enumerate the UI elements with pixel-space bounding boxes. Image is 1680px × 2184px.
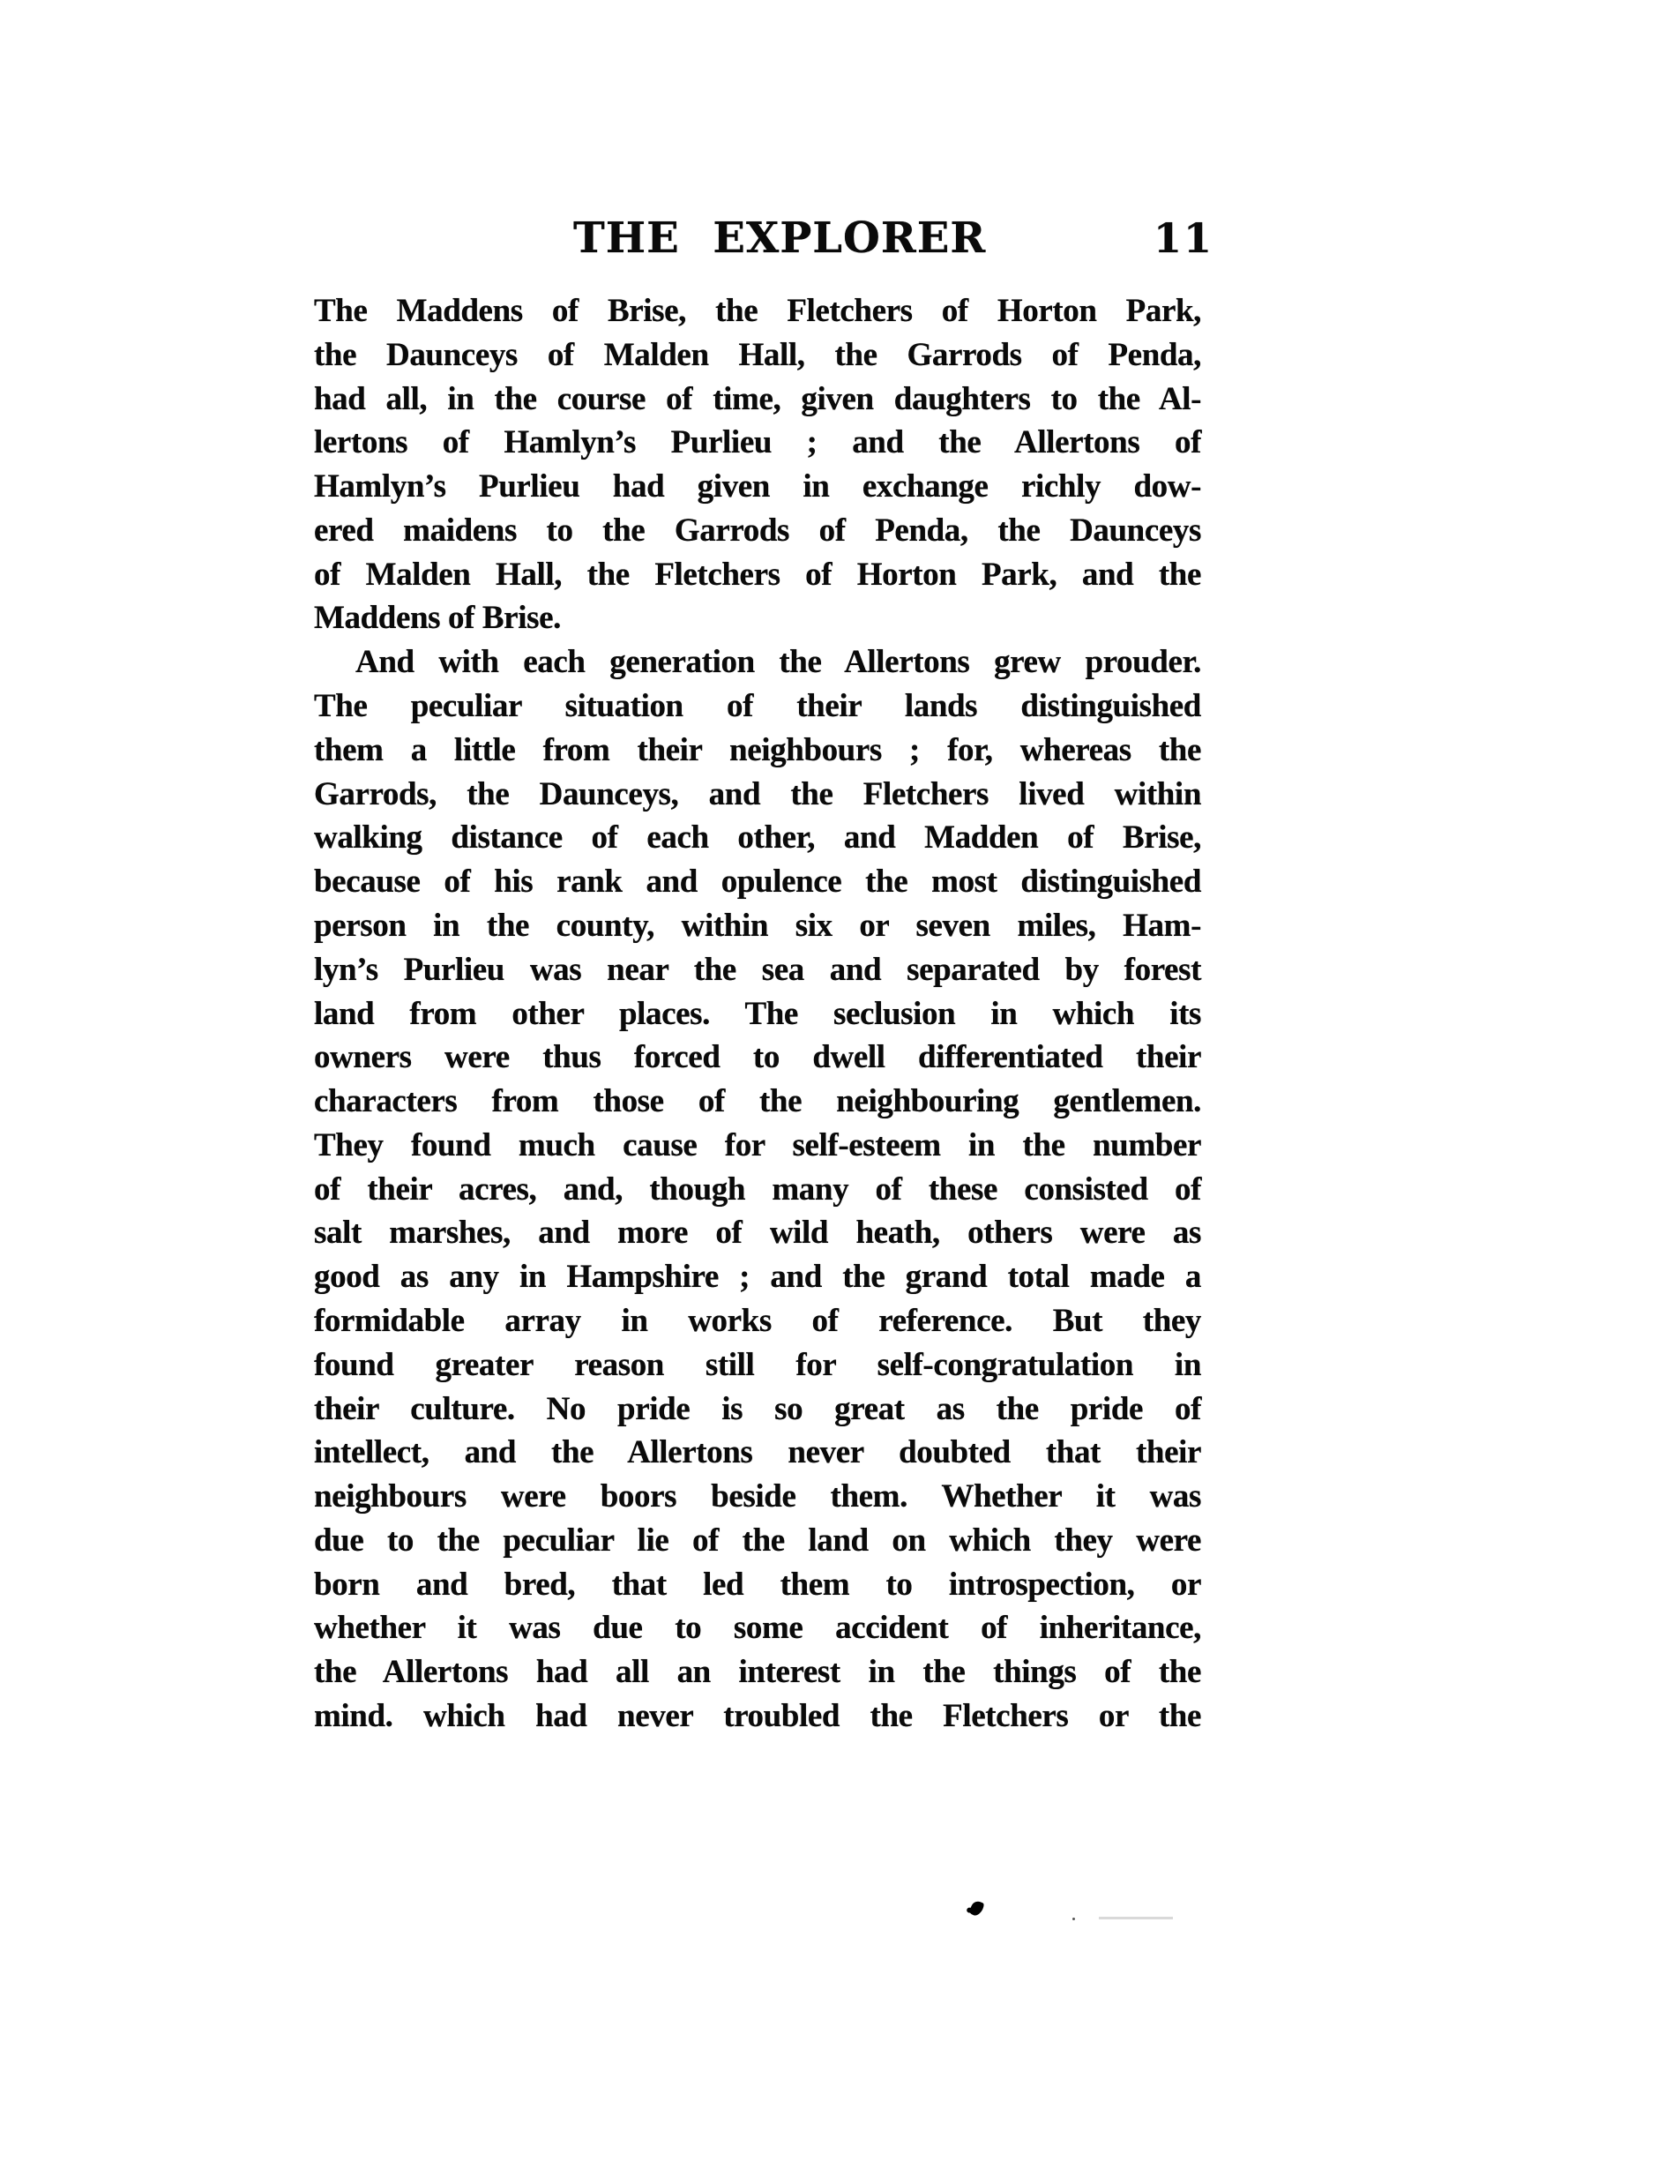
- text-line: Hamlyn’s Purlieu had given in exchange r…: [314, 465, 1201, 509]
- text-line: The peculiar situation of their lands di…: [314, 684, 1201, 729]
- text-line: The Maddens of Brise, the Fletchers of H…: [314, 289, 1201, 333]
- text-line: mind. which had never troubled the Fletc…: [314, 1694, 1201, 1739]
- text-line: ered maidens to the Garrods of Penda, th…: [314, 509, 1201, 553]
- text-line: Garrods, the Daunceys, and the Fletchers…: [314, 773, 1201, 817]
- text-line: lyn’s Purlieu was near the sea and separ…: [314, 948, 1201, 992]
- ink-blot-mark: [968, 1899, 985, 1918]
- text-line: because of his rank and opulence the mos…: [314, 860, 1201, 904]
- text-line: the Allertons had all an interest in the…: [314, 1650, 1201, 1694]
- page-body-text: The Maddens of Brise, the Fletchers of H…: [314, 289, 1201, 1739]
- text-line: walking distance of each other, and Madd…: [314, 816, 1201, 860]
- text-line: And with each generation the Allertons g…: [314, 640, 1201, 684]
- page-title: THE EXPLORER: [573, 217, 986, 259]
- text-line: lertons of Hamlyn’s Purlieu ; and the Al…: [314, 421, 1201, 465]
- text-line: the Daunceys of Malden Hall, the Garrods…: [314, 333, 1201, 378]
- text-line: of Malden Hall, the Fletchers of Horton …: [314, 553, 1201, 597]
- text-line: intellect, and the Allertons never doubt…: [314, 1431, 1201, 1475]
- text-line: owners were thus forced to dwell differe…: [314, 1036, 1201, 1080]
- page-number: 11: [1154, 217, 1213, 259]
- text-line: their culture. No pride is so great as t…: [314, 1387, 1201, 1432]
- text-line: land from other places. The seclusion in…: [314, 992, 1201, 1036]
- running-header: THE EXPLORER 11: [0, 217, 1680, 270]
- text-line: them a little from their neighbours ; fo…: [314, 729, 1201, 773]
- dust-speck-mark: [1072, 1918, 1075, 1920]
- text-line: born and bred, that led them to introspe…: [314, 1563, 1201, 1607]
- text-line: due to the peculiar lie of the land on w…: [314, 1519, 1201, 1563]
- text-line: of their acres, and, though many of thes…: [314, 1168, 1201, 1212]
- text-line: characters from those of the neighbourin…: [314, 1080, 1201, 1124]
- text-line: neighbours were boors beside them. Wheth…: [314, 1475, 1201, 1519]
- faint-scan-line: [1099, 1917, 1173, 1919]
- text-line: whether it was due to some accident of i…: [314, 1606, 1201, 1650]
- text-line: good as any in Hampshire ; and the grand…: [314, 1255, 1201, 1299]
- text-line: person in the county, within six or seve…: [314, 904, 1201, 948]
- text-line: found greater reason still for self-cong…: [314, 1343, 1201, 1387]
- book-page: THE EXPLORER 11 The Maddens of Brise, th…: [0, 0, 1680, 2184]
- text-line: salt marshes, and more of wild heath, ot…: [314, 1211, 1201, 1255]
- text-line: formidable array in works of reference. …: [314, 1299, 1201, 1343]
- text-line: had all, in the course of time, given da…: [314, 378, 1201, 422]
- text-line: They found much cause for self-esteem in…: [314, 1124, 1201, 1168]
- text-line: Maddens of Brise.: [314, 596, 1201, 640]
